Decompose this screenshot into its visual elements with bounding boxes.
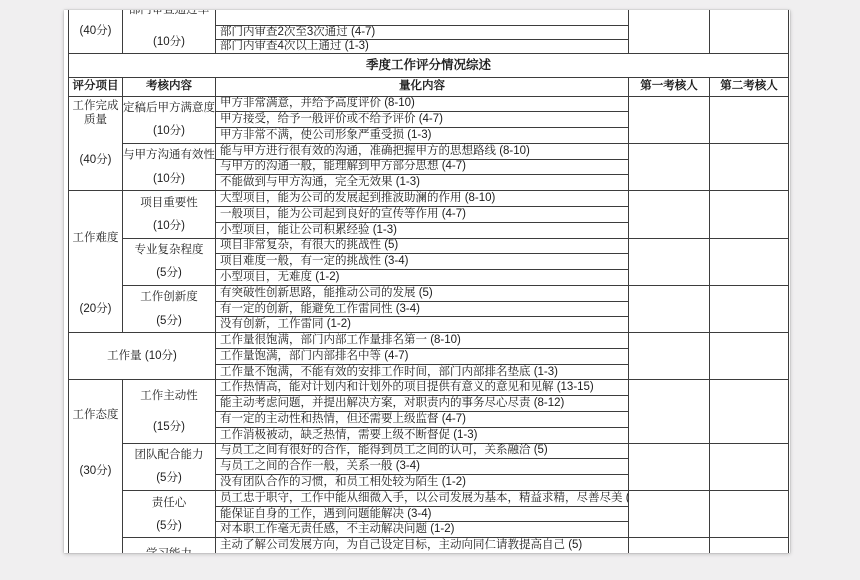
assess-item-name: 团队配合能力 [135, 448, 204, 462]
category-cell: 工作完成质量(40分) [69, 96, 123, 191]
column-header-assess-content: 考核内容 [123, 77, 216, 96]
category-score: (30分) [80, 464, 112, 478]
assess-item-name: 部门审查通过率 [129, 10, 210, 17]
table-header-row: 评分项目 考核内容 量化内容 第一考核人 第二考核人 [69, 77, 789, 96]
assess-item-cell: 专业复杂程度(5分) [123, 238, 216, 285]
quantify-cell: 不能做到与甲方沟通，完全无效果 (1-3) [216, 175, 629, 191]
reviewer2-cell [710, 443, 789, 490]
reviewer2-cell [710, 143, 789, 190]
assess-item-content: 工作主动性(15分) [123, 380, 215, 442]
reviewer1-cell [629, 443, 710, 490]
quantify-cell: 项目非常复杂，有很大的挑战性 (5) [216, 238, 629, 254]
category-cell-content: 工作难度(20分) [69, 191, 122, 332]
assess-item-cell: 与甲方沟通有效性(10分) [123, 143, 216, 190]
reviewer1-cell [629, 10, 710, 53]
quantify-cell: 工作量不饱满，不能有效的安排工作时间，部门内部排名垫底 (1-3) [216, 364, 629, 380]
category-cell: 工作态度(30分) [69, 380, 123, 553]
assess-item-cell: 责任心(5分) [123, 490, 216, 537]
column-header-score-item: 评分项目 [69, 77, 123, 96]
assess-item-name: 工作主动性 [140, 389, 198, 403]
quantify-cell: 小型项目，无难度 (1-2) [216, 270, 629, 286]
assess-item-name: 工作创新度 [140, 290, 198, 304]
category-cell-merged: 工作量 (10分) [69, 333, 216, 380]
assess-item-score: (10分) [153, 172, 185, 186]
reviewer1-cell [629, 380, 710, 443]
table-section-title: 季度工作评分情况综述 [69, 53, 789, 77]
reviewer1-cell [629, 238, 710, 285]
reviewer2-cell [710, 285, 789, 332]
reviewer1-cell [629, 143, 710, 190]
quantify-cell-blank [216, 10, 629, 25]
table-row: 学习能力主动了解公司发展方向，为自己设定目标，主动向同仁请教提高自己 (5) [69, 538, 789, 553]
quantify-cell: 工作热情高，能对计划内和计划外的项目提供有意义的意见和见解 (13-15) [216, 380, 629, 396]
reviewer1-cell [629, 191, 710, 238]
partial-assess-item-cell: 部门审查通过率(10分) [123, 10, 216, 53]
partial-category-score-cell: (40分) [69, 10, 123, 53]
partial-top-section: (40分)部门审查通过率(10分)部门内审查2次至3次通过 (4-7)部门内审查… [69, 10, 789, 53]
table-row: 责任心(5分)员工忠于职守，工作中能从细微入手，以公司发展为基本，精益求精，尽善… [69, 490, 789, 506]
reviewer1-cell [629, 490, 710, 537]
quantify-cell: 与员工之间的合作一般，关系一般 (3-4) [216, 459, 629, 475]
document-page: (40分)部门审查通过率(10分)部门内审查2次至3次通过 (4-7)部门内审查… [64, 10, 790, 553]
category-cell-content: 工作态度(30分) [69, 380, 122, 553]
reviewer1-cell [629, 96, 710, 143]
quantify-cell: 没有创新，工作雷同 (1-2) [216, 317, 629, 333]
table-row: 专业复杂程度(5分)项目非常复杂，有很大的挑战性 (5) [69, 238, 789, 254]
category-score: (40分) [80, 153, 112, 167]
assess-item-name: 学习能力 [146, 547, 192, 553]
quantify-cell: 甲方非常满意，并给予高度评价 (8-10) [216, 96, 629, 112]
quantify-cell: 对本职工作毫无责任感，不主动解决问题 (1-2) [216, 522, 629, 538]
reviewer1-cell [629, 333, 710, 380]
assess-item-content: 责任心(5分) [123, 491, 215, 537]
assess-item-score: (5分) [156, 314, 182, 328]
quantify-cell: 有突破性创新思路，能推动公司的发展 (5) [216, 285, 629, 301]
assess-item-name: 专业复杂程度 [135, 243, 204, 257]
assess-item-content: 团队配合能力(5分) [123, 444, 215, 490]
quantify-cell: 有一定的创新，能避免工作雷同性 (3-4) [216, 301, 629, 317]
reviewer2-cell [710, 333, 789, 380]
assess-item-cell: 工作创新度(5分) [123, 285, 216, 332]
quantify-cell: 与员工之间有很好的合作，能得到员工之间的认可，关系融洽 (5) [216, 443, 629, 459]
assess-item-content: 工作创新度(5分) [123, 286, 215, 332]
quantify-cell: 甲方接受，给予一般评价或不给予评价 (4-7) [216, 112, 629, 128]
assess-item-name: 项目重要性 [140, 196, 198, 210]
quantify-cell: 能主动考虑问题，并提出解决方案，对职责内的事务尽心尽责 (8-12) [216, 396, 629, 412]
quantify-cell: 主动了解公司发展方向，为自己设定目标，主动向同仁请教提高自己 (5) [216, 538, 629, 553]
category-name: 工作态度 [73, 408, 119, 422]
quantify-cell: 部门内审查4次以上通过 (1-3) [216, 39, 629, 53]
quantify-cell: 项目难度一般，有一定的挑战性 (3-4) [216, 254, 629, 270]
quantify-cell: 部门内审查2次至3次通过 (4-7) [216, 25, 629, 39]
assess-item-content: 定稿后甲方满意度(10分) [123, 97, 215, 143]
quantify-cell: 没有团队合作的习惯，和员工相处较为陌生 (1-2) [216, 475, 629, 491]
quantify-cell: 一般项目，能为公司起到良好的宣传等作用 (4-7) [216, 206, 629, 222]
column-header-quantify-content: 量化内容 [216, 77, 629, 96]
category-score: (20分) [80, 302, 112, 316]
table-title-row: 季度工作评分情况综述 [69, 53, 789, 77]
quantify-cell: 能与甲方进行很有效的沟通，准确把握甲方的思想路线 (8-10) [216, 143, 629, 159]
evaluation-body: 工作完成质量(40分)定稿后甲方满意度(10分)甲方非常满意，并给予高度评价 (… [69, 96, 789, 553]
assess-item-score: (5分) [156, 471, 182, 485]
quantify-cell: 小型项目，能让公司积累经验 (1-3) [216, 222, 629, 238]
table-row: 工作态度(30分)工作主动性(15分)工作热情高，能对计划内和计划外的项目提供有… [69, 380, 789, 396]
column-header-reviewer-1: 第一考核人 [629, 77, 710, 96]
assess-item-cell: 学习能力 [123, 538, 216, 553]
assess-item-score: (5分) [156, 519, 182, 533]
quantify-cell: 工作量饱满，部门内部排名中等 (4-7) [216, 348, 629, 364]
assess-item-cell: 团队配合能力(5分) [123, 443, 216, 490]
reviewer2-cell [710, 96, 789, 143]
assess-item-content: 专业复杂程度(5分) [123, 239, 215, 285]
table-row: 工作创新度(5分)有突破性创新思路，能推动公司的发展 (5) [69, 285, 789, 301]
reviewer2-cell [710, 538, 789, 553]
table-row: 工作完成质量(40分)定稿后甲方满意度(10分)甲方非常满意，并给予高度评价 (… [69, 96, 789, 112]
canvas-background: { "document": { "background_color": "#f0… [0, 0, 860, 580]
category-name: 工作难度 [73, 231, 119, 245]
assess-item-name: 责任心 [152, 496, 187, 510]
table-row: (40分)部门审查通过率(10分) [69, 10, 789, 25]
quantify-cell: 甲方非常不满，使公司形象严重受损 (1-3) [216, 128, 629, 144]
assess-item-score: (15分) [153, 420, 185, 434]
column-header-reviewer-2: 第二考核人 [710, 77, 789, 96]
partial-assess-item-content: 部门审查通过率(10分) [123, 11, 215, 51]
assess-item-score: (10分) [153, 124, 185, 138]
category-name: 工作完成质量 [69, 99, 122, 127]
quantify-cell: 工作量很饱满，部门内部工作量排名第一 (8-10) [216, 333, 629, 349]
assess-item-content: 学习能力 [123, 538, 215, 553]
assess-item-score: (10分) [153, 36, 185, 49]
assess-item-name: 与甲方沟通有效性 [123, 148, 215, 162]
assess-item-content: 与甲方沟通有效性(10分) [123, 144, 215, 190]
evaluation-table: (40分)部门审查通过率(10分)部门内审查2次至3次通过 (4-7)部门内审查… [68, 10, 789, 553]
assess-item-cell: 定稿后甲方满意度(10分) [123, 96, 216, 143]
reviewer2-cell [710, 191, 789, 238]
assess-item-cell: 项目重要性(10分) [123, 191, 216, 238]
quantify-cell: 工作消极被动，缺乏热情，需要上级不断督促 (1-3) [216, 427, 629, 443]
assess-item-name: 定稿后甲方满意度 [123, 101, 215, 115]
table-row: 工作难度(20分)项目重要性(10分)大型项目，能为公司的发展起到推波助澜的作用… [69, 191, 789, 207]
reviewer2-cell [710, 490, 789, 537]
reviewer2-cell [710, 380, 789, 443]
reviewer1-cell [629, 538, 710, 553]
quantify-cell: 能保证自身的工作，遇到问题能解决 (3-4) [216, 506, 629, 522]
assess-item-cell: 工作主动性(15分) [123, 380, 216, 443]
reviewer2-cell [710, 238, 789, 285]
assess-item-content: 项目重要性(10分) [123, 191, 215, 237]
table-row: 团队配合能力(5分)与员工之间有很好的合作，能得到员工之间的认可，关系融洽 (5… [69, 443, 789, 459]
quantify-cell: 员工忠于职守，工作中能从细微入手，以公司发展为基本，精益求精，尽善尽美 (5) [216, 490, 629, 506]
quantify-cell: 有一定的主动性和热情，但还需要上级监督 (4-7) [216, 412, 629, 428]
category-cell: 工作难度(20分) [69, 191, 123, 333]
quantify-cell: 大型项目，能为公司的发展起到推波助澜的作用 (8-10) [216, 191, 629, 207]
reviewer2-cell [710, 10, 789, 53]
category-cell-content: 工作完成质量(40分) [69, 97, 122, 191]
table-row: 工作量 (10分)工作量很饱满，部门内部工作量排名第一 (8-10) [69, 333, 789, 349]
assess-item-score: (5分) [156, 266, 182, 280]
table-row: 与甲方沟通有效性(10分)能与甲方进行很有效的沟通，准确把握甲方的思想路线 (8… [69, 143, 789, 159]
reviewer1-cell [629, 285, 710, 332]
quantify-cell: 与甲方的沟通一般，能理解到甲方部分思想 (4-7) [216, 159, 629, 175]
assess-item-score: (10分) [153, 219, 185, 233]
